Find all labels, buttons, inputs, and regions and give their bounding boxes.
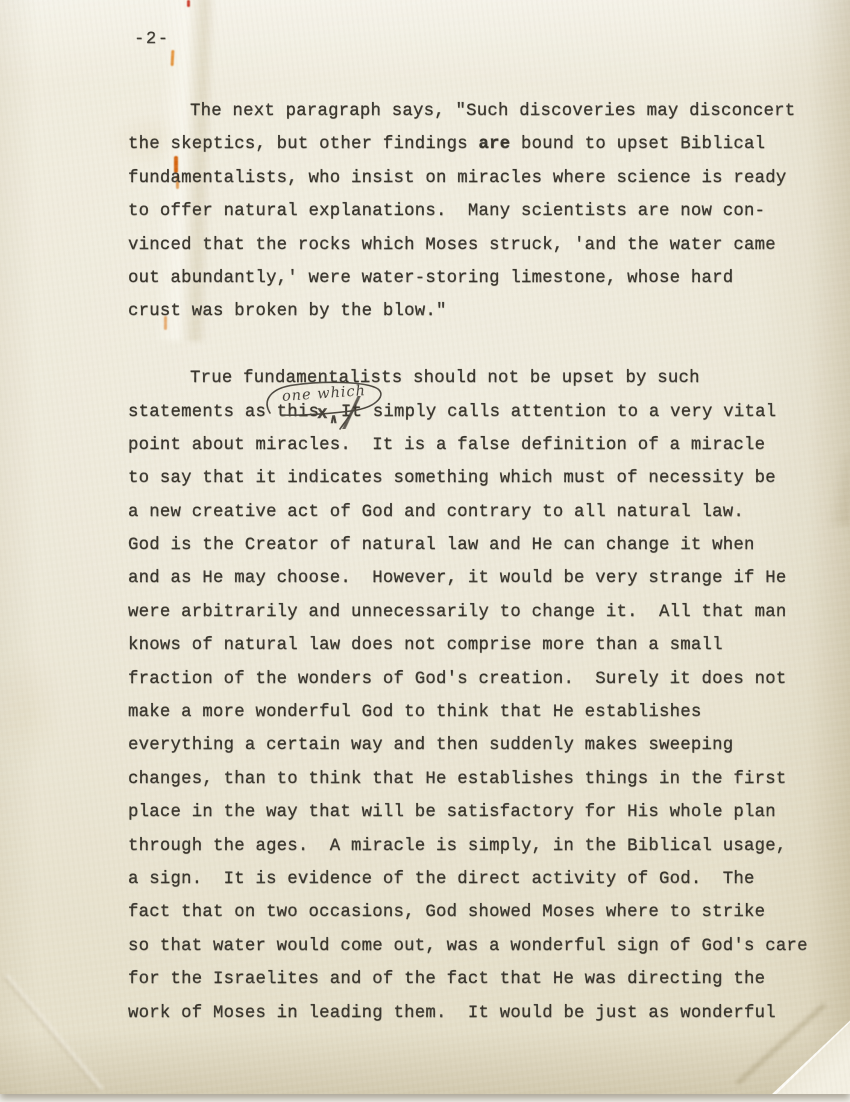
text-line: crust was broken by the blow.": [128, 295, 825, 328]
struck-mark: It: [341, 396, 362, 429]
text-segment: simply calls attention to a very vital: [362, 403, 776, 422]
rust-stain: [187, 0, 190, 7]
text-line: through the ages. A miracle is simply, i…: [128, 830, 825, 863]
text-line: a new creative act of God and contrary t…: [128, 496, 825, 529]
paper-crinkle-right-edge: [824, 455, 850, 525]
text-line: statements as thisx∧It simply calls atte…: [128, 396, 825, 429]
page-number: -2-: [134, 30, 170, 49]
text-line: God is the Creator of natural law and He…: [128, 529, 825, 562]
text-line: fact that on two occasions, God showed M…: [128, 896, 825, 929]
paragraph: True fundamentalists should not be upset…: [128, 362, 825, 1030]
text-line: vinced that the rocks which Moses struck…: [128, 229, 825, 262]
bold-mark: are: [478, 135, 510, 154]
text-line: the skeptics, but other findings are bou…: [128, 128, 825, 161]
text-line: so that water would come out, was a wond…: [128, 930, 825, 963]
caret-mark: ∧: [330, 403, 338, 436]
text-line: place in the way that will be satisfacto…: [128, 796, 825, 829]
typed-text: The next paragraph says, "Such discoveri…: [128, 95, 825, 1030]
text-line: knows of natural law does not comprise m…: [128, 629, 825, 662]
text-line: fundamentalists, who insist on miracles …: [128, 162, 825, 195]
text-line: to offer natural explanations. Many scie…: [128, 195, 825, 228]
text-line: for the Israelites and of the fact that …: [128, 963, 825, 996]
text-line: changes, than to think that He establish…: [128, 763, 825, 796]
text-line: everything a certain way and then sudden…: [128, 729, 825, 762]
text-line: out abundantly,' were water-storing lime…: [128, 262, 825, 295]
text-line: fraction of the wonders of God's creatio…: [128, 663, 825, 696]
text-line: The next paragraph says, "Such discoveri…: [128, 95, 825, 128]
scanned-document-page: -2- The next paragraph says, "Such disco…: [0, 0, 850, 1102]
text-line: make a more wonderful God to think that …: [128, 696, 825, 729]
paper-sheet: -2- The next paragraph says, "Such disco…: [0, 0, 850, 1094]
paragraph: The next paragraph says, "Such discoveri…: [128, 95, 825, 329]
text-segment: the skeptics, but other findings: [128, 135, 478, 154]
text-line: True fundamentalists should not be upset…: [128, 362, 825, 395]
text-segment: statements as this: [128, 403, 319, 422]
text-line: and as He may choose. However, it would …: [128, 562, 825, 595]
overstrike-mark: x: [317, 398, 328, 431]
paper-crease-diagonal: [2, 974, 103, 1093]
text-line: to say that it indicates something which…: [128, 462, 825, 495]
text-line: a sign. It is evidence of the direct act…: [128, 863, 825, 896]
text-line: work of Moses in leading them. It would …: [128, 997, 825, 1030]
text-line: were arbitrarily and unnecessarily to ch…: [128, 596, 825, 629]
text-segment: bound to upset Biblical: [510, 135, 765, 154]
text-line: point about miracles. It is a false defi…: [128, 429, 825, 462]
